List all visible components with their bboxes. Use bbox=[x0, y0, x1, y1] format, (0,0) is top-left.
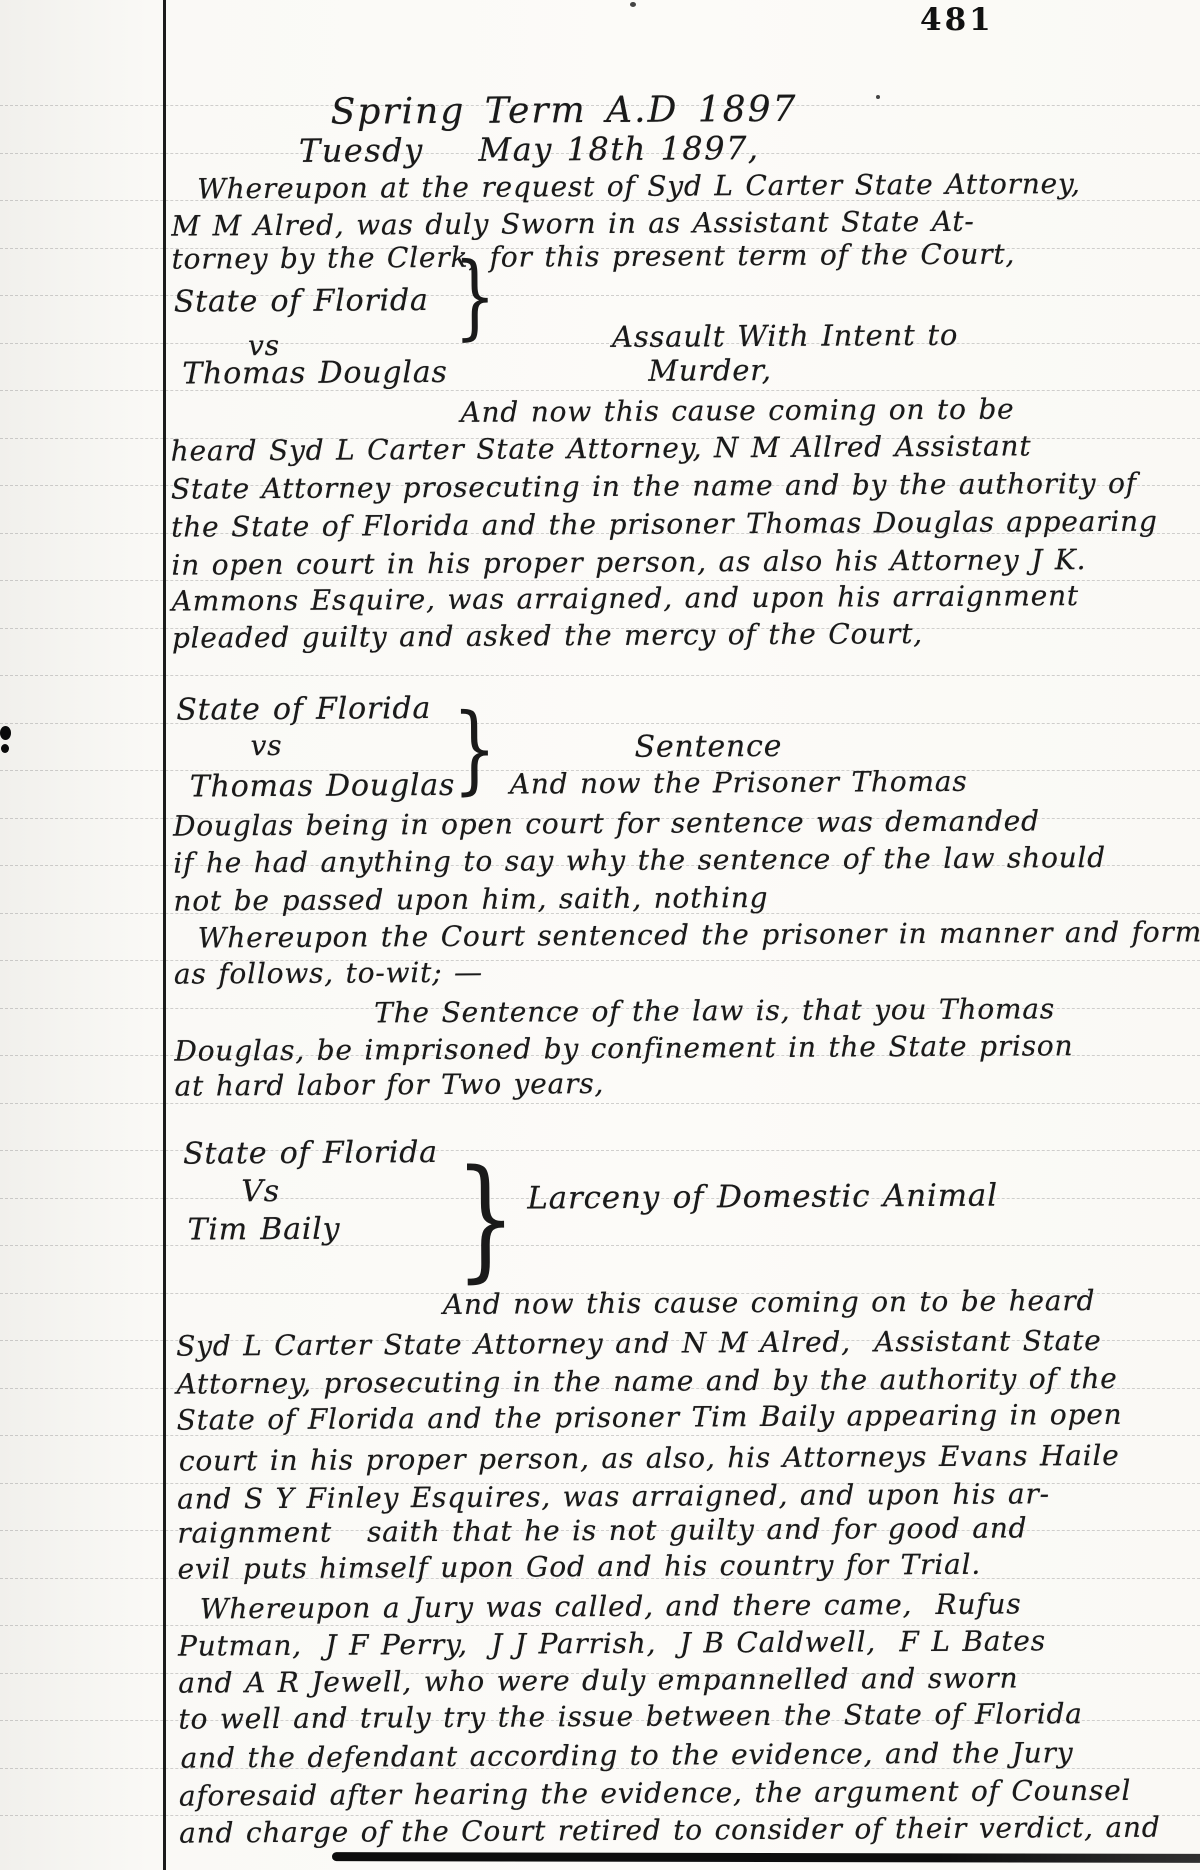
record-line: not be passed upon him, saith, nothing bbox=[173, 881, 768, 918]
record-line: pleaded guilty and asked the mercy of th… bbox=[172, 617, 923, 655]
record-line: and the defendant according to the evide… bbox=[181, 1736, 1074, 1774]
record-line: And now this cause coming on to be heard bbox=[443, 1284, 1095, 1321]
record-line: The Sentence of the law is, that you Tho… bbox=[374, 992, 1055, 1029]
record-line: heard Syd L Carter State Attorney, N M A… bbox=[171, 429, 1032, 467]
record-line: and S Y Finley Esquires, was arraigned, … bbox=[177, 1477, 1050, 1515]
case3-plaintiff: State of Florida bbox=[183, 1135, 438, 1172]
handwriting-layer: Spring Term A.D 1897 Tuesdy May 18th 189… bbox=[0, 0, 1200, 1870]
record-line: aforesaid after hearing the evidence, th… bbox=[179, 1774, 1131, 1813]
term-heading: Spring Term A.D 1897 bbox=[331, 89, 798, 133]
record-line: torney by the Clerk, for this present te… bbox=[171, 237, 1015, 275]
date-heading: Tuesdy May 18th 1897, bbox=[299, 129, 760, 170]
record-line: Attorney, prosecuting in the name and by… bbox=[176, 1362, 1117, 1401]
record-line: as follows, to-wit; — bbox=[174, 956, 483, 991]
record-line: Putman, J F Perry, J J Parrish, J B Cald… bbox=[178, 1624, 1046, 1662]
record-line: Syd L Carter State Attorney and N M Alre… bbox=[176, 1324, 1102, 1363]
case3-charge-line: Larceny of Domestic Animal bbox=[527, 1178, 998, 1217]
record-line: the State of Florida and the prisoner Th… bbox=[171, 505, 1158, 544]
case2-charge-line: Sentence bbox=[634, 729, 782, 765]
case3-vs-label: Vs bbox=[241, 1174, 280, 1209]
record-line: M M Alred, was duly Sworn in as Assistan… bbox=[171, 205, 974, 243]
record-line: and charge of the Court retired to consi… bbox=[179, 1811, 1161, 1850]
record-line: And now the Prisoner Thomas bbox=[510, 765, 968, 801]
case1-charge-line: Assault With Intent to bbox=[612, 318, 958, 354]
record-line: at hard labor for Two years, bbox=[175, 1067, 605, 1103]
case3-defendant: Tim Baily bbox=[187, 1212, 340, 1248]
record-line: if he had anything to say why the senten… bbox=[173, 841, 1106, 880]
record-line: State Attorney prosecuting in the name a… bbox=[171, 467, 1137, 506]
case2-defendant: Thomas Douglas bbox=[190, 768, 456, 805]
record-line: Whereupon at the request of Syd L Carter… bbox=[197, 167, 1081, 205]
record-line: Douglas, be imprisoned by confinement in… bbox=[174, 1029, 1073, 1067]
case1-defendant: Thomas Douglas bbox=[182, 355, 448, 392]
case1-charge-line: Murder, bbox=[648, 353, 772, 388]
record-line: And now this cause coming on to be bbox=[460, 392, 1014, 428]
case-brace-icon: } bbox=[455, 1153, 516, 1285]
case-brace-icon: } bbox=[452, 701, 497, 797]
record-line: court in his proper person, as also, his… bbox=[179, 1439, 1120, 1478]
record-line: Ammons Esquire, was arraigned, and upon … bbox=[172, 579, 1079, 618]
record-line: raignment saith that he is not guilty an… bbox=[177, 1511, 1027, 1549]
record-line: State of Florida and the prisoner Tim Ba… bbox=[177, 1398, 1123, 1437]
case-brace-icon: } bbox=[454, 251, 497, 343]
record-line: Douglas being in open court for sentence… bbox=[173, 804, 1040, 842]
record-line: in open court in his proper person, as a… bbox=[171, 543, 1086, 582]
record-line: Whereupon the Court sentenced the prison… bbox=[198, 915, 1200, 954]
document-page: 481 Spring Term A.D 1897 Tuesdy May 18th… bbox=[0, 0, 1200, 1870]
record-line: Whereupon a Jury was called, and there c… bbox=[200, 1587, 1022, 1625]
record-line: evil puts himself upon God and his count… bbox=[177, 1548, 981, 1586]
record-line: to well and truly try the issue between … bbox=[178, 1697, 1082, 1736]
case2-vs-label: vs bbox=[250, 729, 282, 762]
record-line: and A R Jewell, who were duly empannelle… bbox=[178, 1661, 1018, 1699]
case2-plaintiff: State of Florida bbox=[176, 691, 431, 728]
case1-plaintiff: State of Florida bbox=[174, 283, 429, 320]
